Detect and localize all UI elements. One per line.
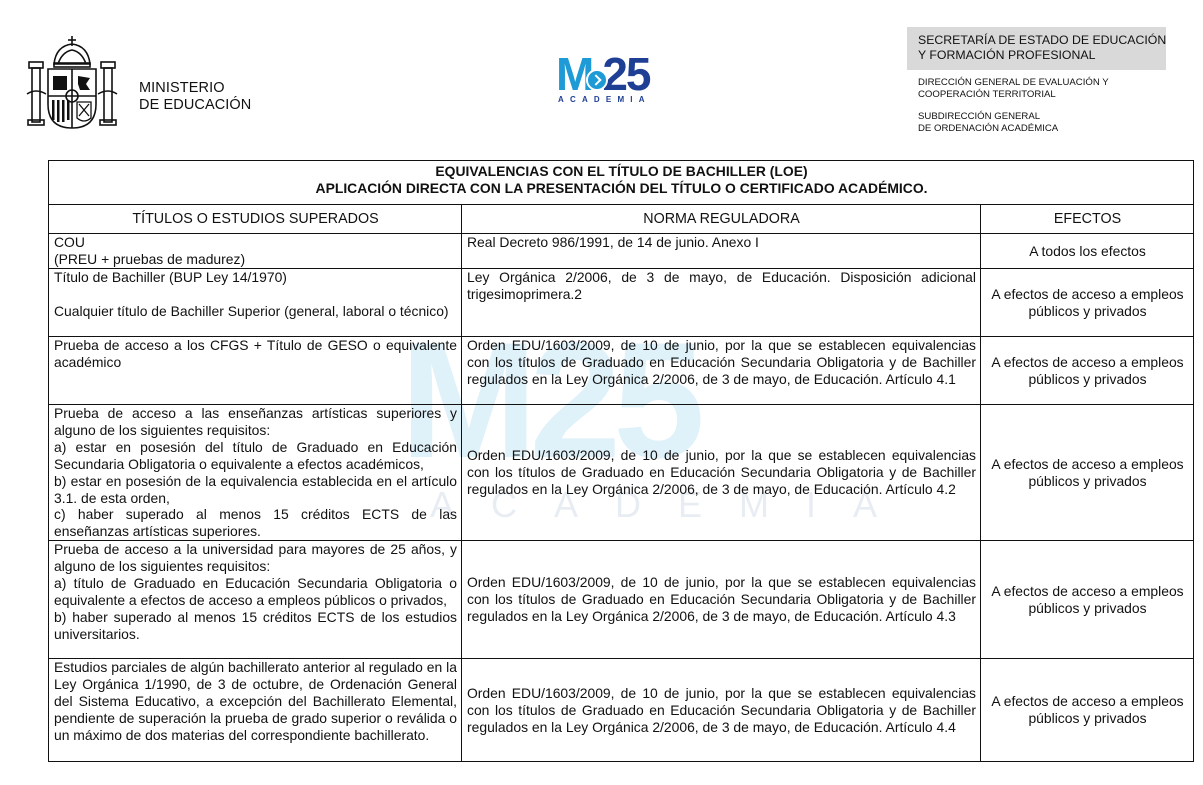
subdireccion-line-1: SUBDIRECCIÓN GENERAL xyxy=(918,111,1058,123)
table-title-line-1: EQUIVALENCIAS CON EL TÍTULO DE BACHILLER… xyxy=(54,163,1189,180)
chevron-right-icon xyxy=(586,69,608,91)
cell-titulos: Título de Bachiller (BUP Ley 14/1970) Cu… xyxy=(49,269,462,337)
cell-norma: Orden EDU/1603/2009, de 10 de junio, por… xyxy=(462,541,981,659)
table-row: COU (PREU + pruebas de madurez) Real Dec… xyxy=(49,234,1194,269)
subdireccion-general: SUBDIRECCIÓN GENERAL DE ORDENACIÓN ACADÉ… xyxy=(918,111,1058,135)
cell-titulos: Prueba de acceso a las enseñanzas artíst… xyxy=(49,405,462,541)
secretaria-line-1: SECRETARÍA DE ESTADO DE EDUCACIÓN xyxy=(918,33,1166,48)
table-title: EQUIVALENCIAS CON EL TÍTULO DE BACHILLER… xyxy=(49,161,1194,205)
equivalencias-table: EQUIVALENCIAS CON EL TÍTULO DE BACHILLER… xyxy=(48,160,1194,762)
logo-25: 25 xyxy=(602,48,649,100)
direccion-line-1: DIRECCIÓN GENERAL DE EVALUACIÓN Y xyxy=(918,77,1109,89)
cell-efectos: A todos los efectos xyxy=(981,234,1194,269)
table-row: Prueba de acceso a los CFGS + Título de … xyxy=(49,337,1194,405)
cell-norma: Orden EDU/1603/2009, de 10 de junio, por… xyxy=(462,337,981,405)
cell-norma: Real Decreto 986/1991, de 14 de junio. A… xyxy=(462,234,981,269)
table-row: Estudios parciales de algún bachillerato… xyxy=(49,659,1194,762)
titulos-line: c) haber superado al menos 15 créditos E… xyxy=(54,506,457,540)
titulos-line: (PREU + pruebas de madurez) xyxy=(54,251,457,268)
cell-norma: Ley Orgánica 2/2006, de 3 de mayo, de Ed… xyxy=(462,269,981,337)
coat-of-arms-icon xyxy=(24,32,120,132)
cell-efectos: A efectos de acceso a empleos públicos y… xyxy=(981,269,1194,337)
table-header-row: TÍTULOS O ESTUDIOS SUPERADOS NORMA REGUL… xyxy=(49,205,1194,234)
direccion-line-2: COOPERACIÓN TERRITORIAL xyxy=(918,89,1109,101)
titulos-line: b) estar en posesión de la equivalencia … xyxy=(54,473,457,507)
cell-efectos: A efectos de acceso a empleos públicos y… xyxy=(981,659,1194,762)
titulos-line: Prueba de acceso a la universidad para m… xyxy=(54,541,457,575)
direccion-general: DIRECCIÓN GENERAL DE EVALUACIÓN Y COOPER… xyxy=(918,77,1109,101)
subdireccion-line-2: DE ORDENACIÓN ACADÉMICA xyxy=(918,123,1058,135)
cell-titulos: Prueba de acceso a la universidad para m… xyxy=(49,541,462,659)
cell-titulos: COU (PREU + pruebas de madurez) xyxy=(49,234,462,269)
table-title-row: EQUIVALENCIAS CON EL TÍTULO DE BACHILLER… xyxy=(49,161,1194,205)
table-title-line-2: APLICACIÓN DIRECTA CON LA PRESENTACIÓN D… xyxy=(54,180,1189,197)
secretaria-line-2: Y FORMACIÓN PROFESIONAL xyxy=(918,48,1166,63)
table-row: Prueba de acceso a las enseñanzas artíst… xyxy=(49,405,1194,541)
table-row: Título de Bachiller (BUP Ley 14/1970) Cu… xyxy=(49,269,1194,337)
logo-subtitle: ACADEMIA xyxy=(558,95,651,104)
titulos-line: a) estar en posesión del título de Gradu… xyxy=(54,439,457,473)
titulos-line: b) haber superado al menos 15 créditos E… xyxy=(54,609,457,643)
m25-academia-logo: M25 ACADEMIA xyxy=(556,51,668,109)
titulos-line: a) título de Graduado en Educación Secun… xyxy=(54,575,457,609)
titulos-line: COU xyxy=(54,234,457,251)
secretaria-heading: SECRETARÍA DE ESTADO DE EDUCACIÓN Y FORM… xyxy=(918,33,1166,62)
cell-titulos: Prueba de acceso a los CFGS + Título de … xyxy=(49,337,462,405)
column-header-efectos: EFECTOS xyxy=(981,205,1194,234)
table-row: Prueba de acceso a la universidad para m… xyxy=(49,541,1194,659)
cell-efectos: A efectos de acceso a empleos públicos y… xyxy=(981,337,1194,405)
cell-norma: Orden EDU/1603/2009, de 10 de junio, por… xyxy=(462,659,981,762)
column-header-norma: NORMA REGULADORA xyxy=(462,205,981,234)
titulos-line: Prueba de acceso a las enseñanzas artíst… xyxy=(54,405,457,439)
cell-norma: Orden EDU/1603/2009, de 10 de junio, por… xyxy=(462,405,981,541)
titulos-line: Título de Bachiller (BUP Ley 14/1970) xyxy=(54,269,457,286)
column-header-titulos: TÍTULOS O ESTUDIOS SUPERADOS xyxy=(49,205,462,234)
ministry-name: MINISTERIO DE EDUCACIÓN xyxy=(139,80,251,114)
cell-efectos: A efectos de acceso a empleos públicos y… xyxy=(981,405,1194,541)
titulos-spacer xyxy=(54,286,457,303)
cell-titulos: Estudios parciales de algún bachillerato… xyxy=(49,659,462,762)
titulos-line: Cualquier título de Bachiller Superior (… xyxy=(54,303,457,320)
ministry-line-2: DE EDUCACIÓN xyxy=(139,97,251,114)
ministry-line-1: MINISTERIO xyxy=(139,80,251,97)
cell-efectos: A efectos de acceso a empleos públicos y… xyxy=(981,541,1194,659)
